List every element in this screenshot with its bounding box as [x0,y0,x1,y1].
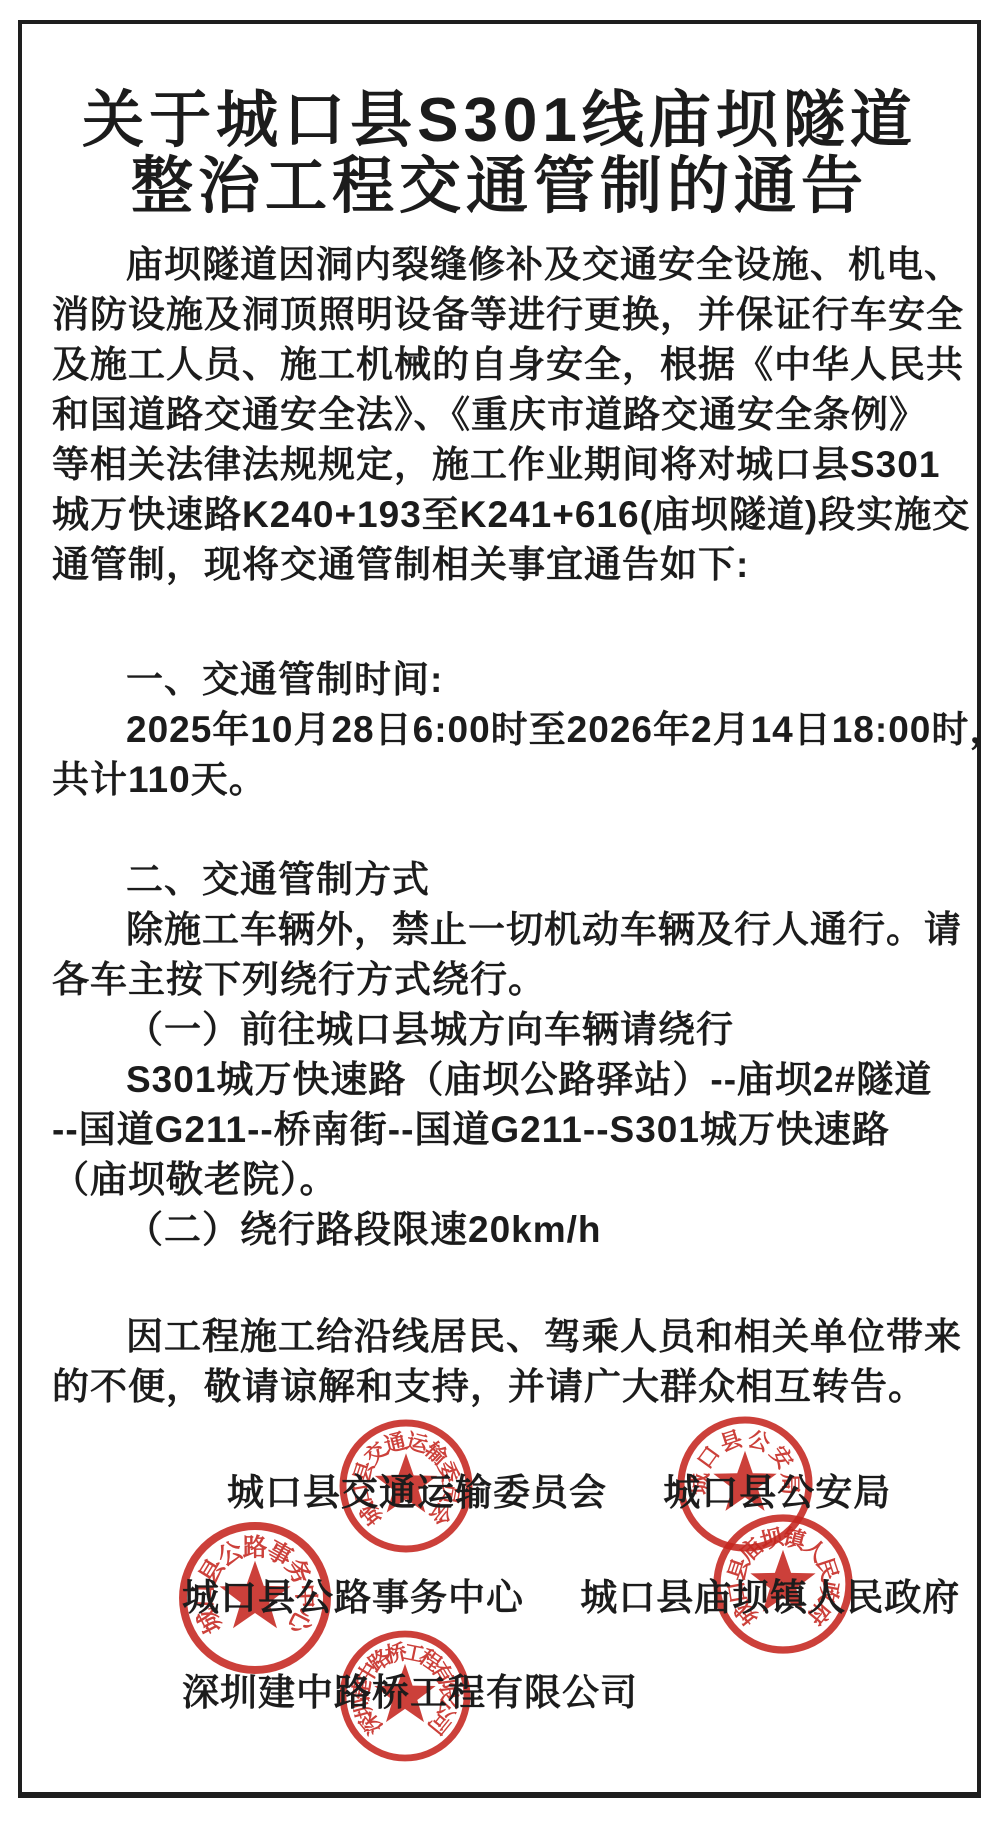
body-line: S301城万快速路（庙坝公路驿站）--庙坝2#隧道 [52,1055,947,1105]
signature-org: 城口县交通运输委员会 [227,1468,607,1518]
signature-row-2: 城口县公路事务中心 城口县庙坝镇人民政府 [52,1573,947,1623]
section2-heading: 二、交通管制方式 [52,855,947,905]
body-line: 庙坝隧道因洞内裂缝修补及交通安全设施、机电、 [52,240,947,290]
body-line: 等相关法律法规规定，施工作业期间将对城口县S301 [52,440,947,490]
notice-body: 庙坝隧道因洞内裂缝修补及交通安全设施、机电、 消防设施及洞顶照明设备等进行更换，… [52,240,947,1718]
body-line: 消防设施及洞顶照明设备等进行更换，并保证行车安全 [52,290,947,340]
signature-org: 城口县公路事务中心 [182,1573,524,1623]
body-line: 除施工车辆外，禁止一切机动车辆及行人通行。请 [52,905,947,955]
body-line: （一）前往城口县城方向车辆请绕行 [52,1005,947,1055]
signature-org: 深圳建中路桥工程有限公司 [182,1668,638,1718]
title-line-2: 整治工程交通管制的通告 [52,154,947,220]
signature-row-1: 城口县交通运输委员会 城口县公安局 [52,1468,947,1518]
body-line: （二）绕行路段限速20km/h [52,1205,947,1255]
notice-content: 关于城口县S301线庙坝隧道 整治工程交通管制的通告 庙坝隧道因洞内裂缝修补及交… [22,88,977,1718]
body-line: --国道G211--桥南街--国道G211--S301城万快速路 [52,1105,947,1155]
notice-page: 城口县交通运输委员会城口县公安局城口县公路事务中心城口县庙坝镇人民政府深圳建中路… [0,0,998,1837]
body-line: 各车主按下列绕行方式绕行。 [52,955,947,1005]
title-line-1: 关于城口县S301线庙坝隧道 [52,88,947,154]
section1-heading: 一、交通管制时间: [52,655,947,705]
body-line: 和国道路交通安全法》、《重庆市道路交通安全条例》 [52,390,947,440]
body-line: 城万快速路K240+193至K241+616(庙坝隧道)段实施交 [52,490,947,540]
body-line: 因工程施工给沿线居民、驾乘人员和相关单位带来 [52,1312,947,1362]
notice-border-frame: 关于城口县S301线庙坝隧道 整治工程交通管制的通告 庙坝隧道因洞内裂缝修补及交… [18,20,981,1798]
notice-title: 关于城口县S301线庙坝隧道 整治工程交通管制的通告 [52,88,947,220]
signature-row-3: 深圳建中路桥工程有限公司 [52,1668,947,1718]
body-line: 的不便，敬请谅解和支持，并请广大群众相互转告。 [52,1362,947,1412]
body-line: 共计110天。 [52,755,947,805]
body-line: 通管制，现将交通管制相关事宜通告如下: [52,540,947,590]
signature-org: 城口县庙坝镇人民政府 [580,1573,960,1623]
body-line: （庙坝敬老院）。 [52,1155,947,1205]
body-line: 2025年10月28日6:00时至2026年2月14日18:00时， [52,705,947,755]
body-line: 及施工人员、施工机械的自身安全，根据《中华人民共 [52,340,947,390]
signature-org: 城口县公安局 [663,1468,891,1518]
